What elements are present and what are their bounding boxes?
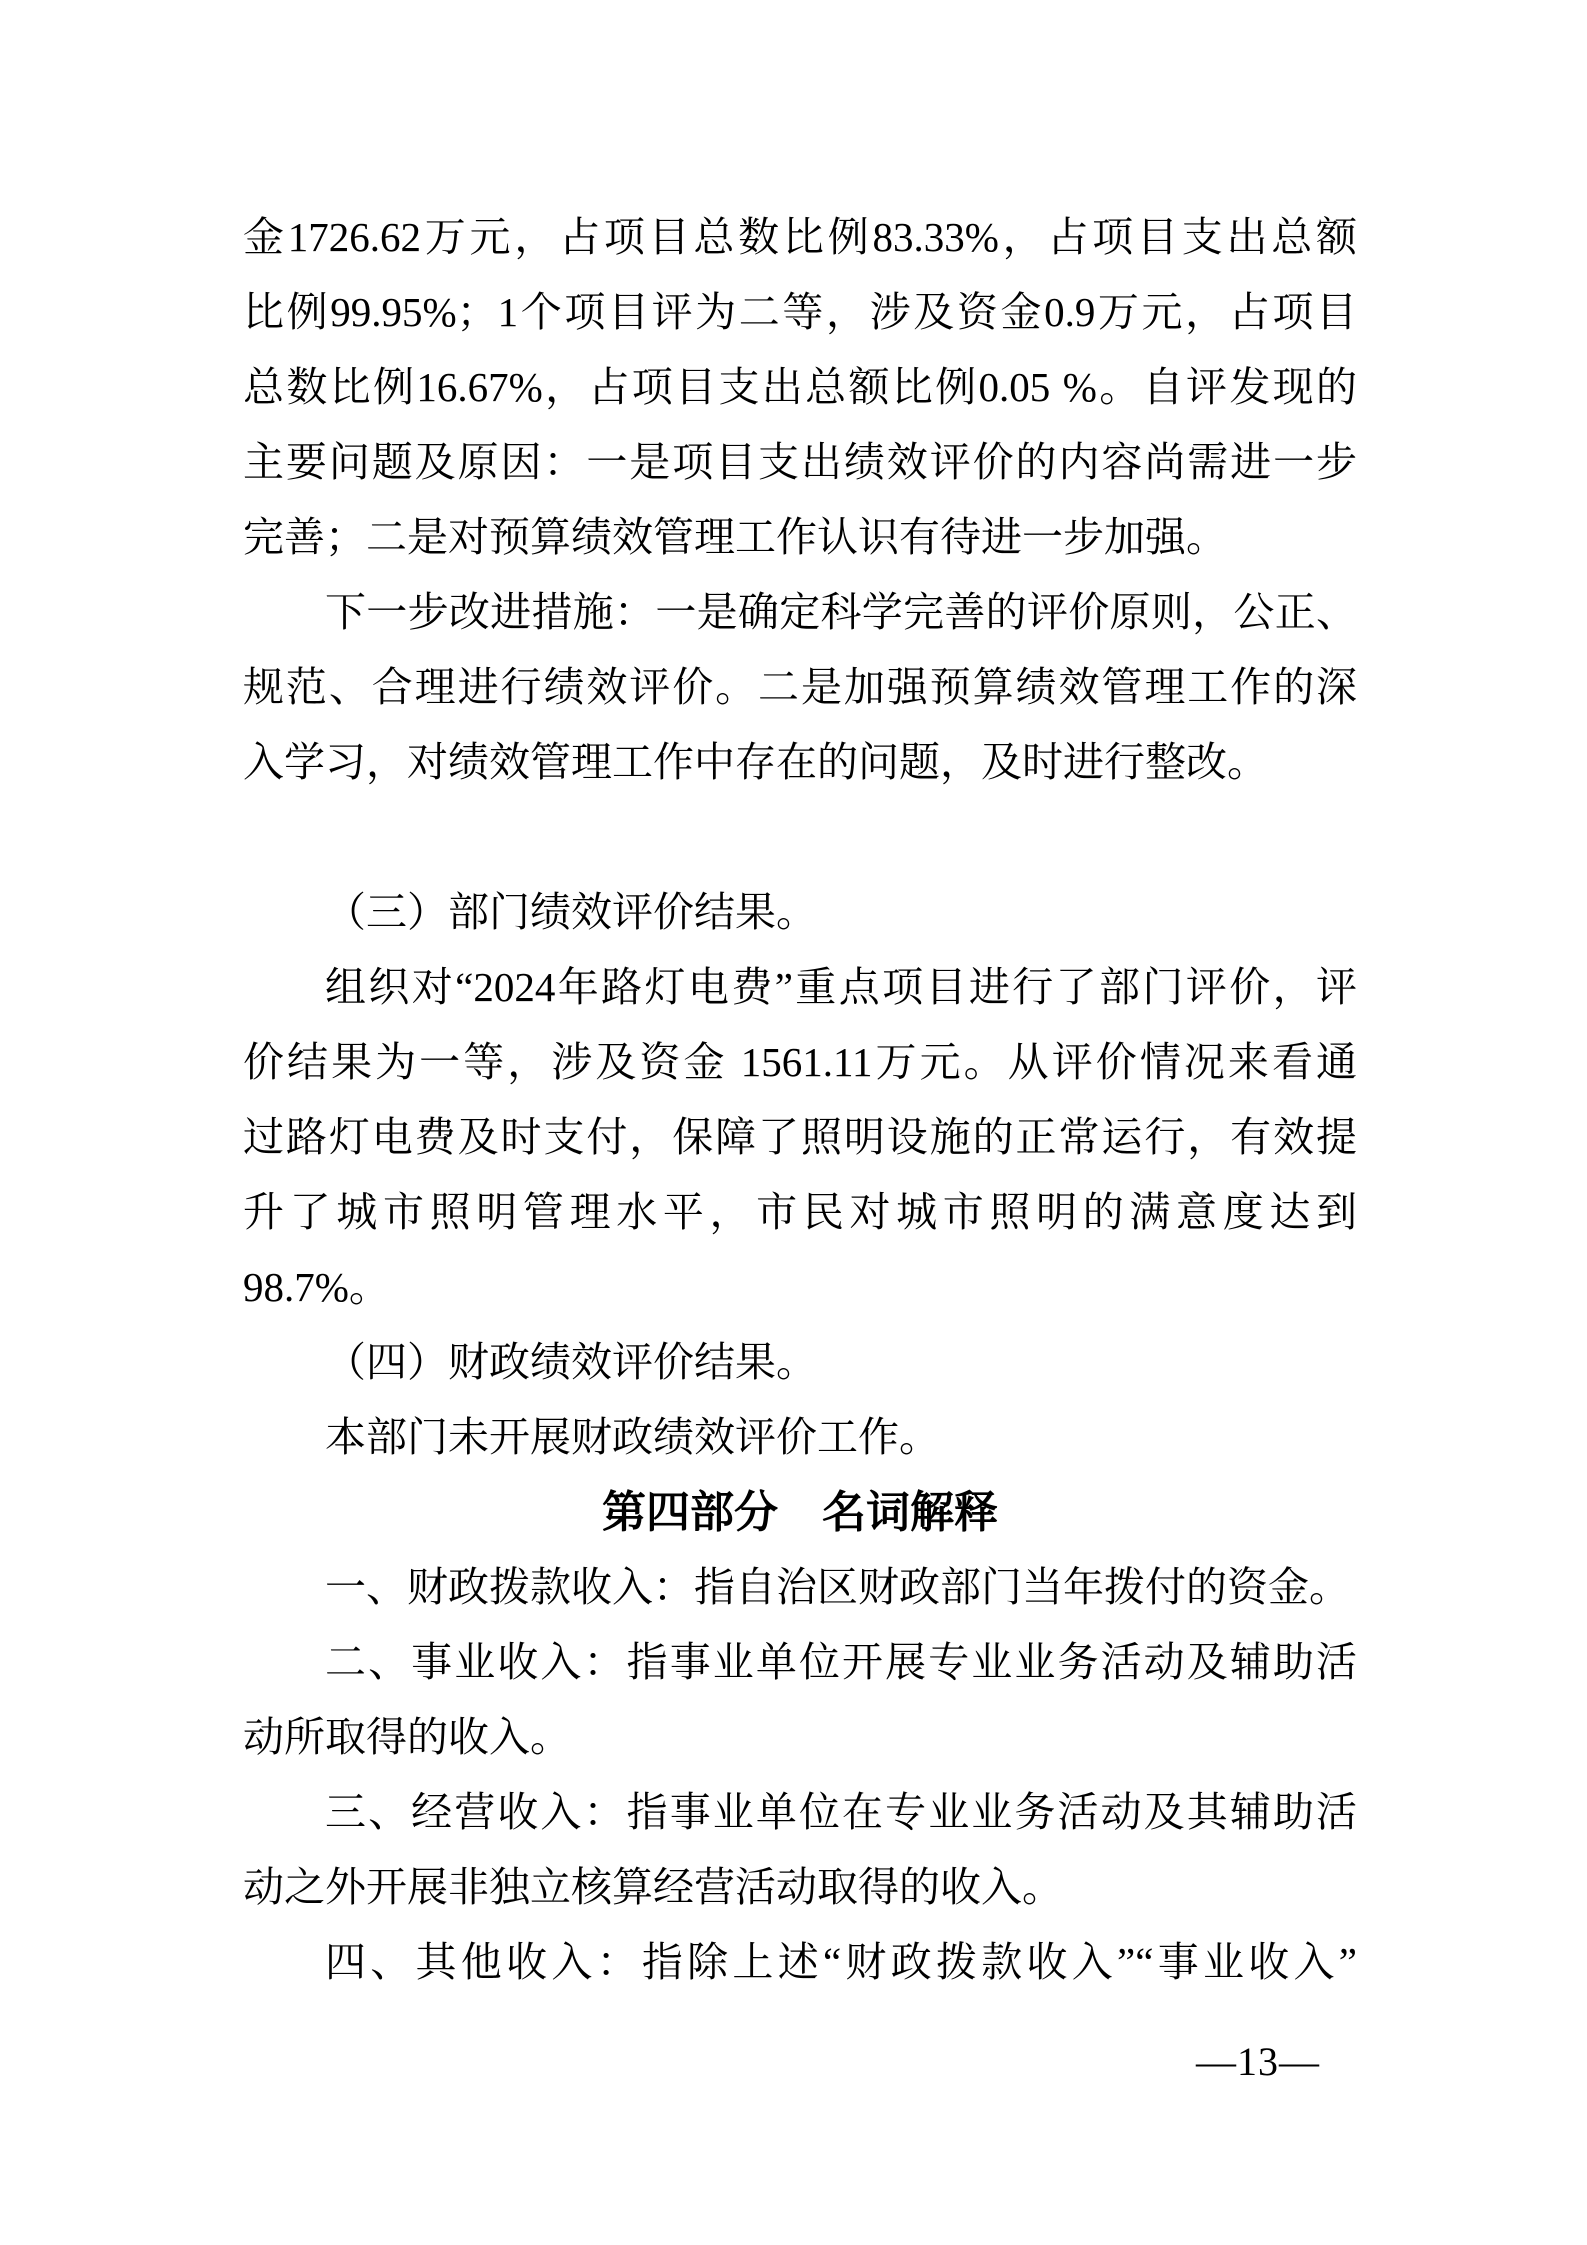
text-line: 比例99.95%；1个项目评为二等，涉及资金0.9万元，占项目	[243, 275, 1357, 350]
text-line: 98.7%。	[243, 1250, 1357, 1325]
text-line: 本部门未开展财政绩效评价工作。	[243, 1400, 1357, 1475]
text-line: 规范、合理进行绩效评价。二是加强预算绩效管理工作的深	[243, 650, 1357, 725]
text-line: 入学习，对绩效管理工作中存在的问题，及时进行整改。	[243, 725, 1357, 800]
document-page: 金1726.62万元，占项目总数比例83.33%，占项目支出总额 比例99.95…	[0, 0, 1587, 2245]
document-text-block: 金1726.62万元，占项目总数比例83.33%，占项目支出总额 比例99.95…	[243, 200, 1357, 2000]
text-line: 金1726.62万元，占项目总数比例83.33%，占项目支出总额	[243, 200, 1357, 275]
text-line: 主要问题及原因：一是项目支出绩效评价的内容尚需进一步	[243, 425, 1357, 500]
text-line: 过路灯电费及时支付，保障了照明设施的正常运行，有效提	[243, 1100, 1357, 1175]
text-line: 价结果为一等，涉及资金 1561.11万元。从评价情况来看通	[243, 1025, 1357, 1100]
text-line: 二、事业收入：指事业单位开展专业业务活动及辅助活	[243, 1625, 1357, 1700]
blank-line	[243, 800, 1357, 875]
page-number: —13—	[1196, 2038, 1320, 2086]
section-title: 第四部分 名词解释	[243, 1475, 1357, 1550]
text-line: 总数比例16.67%，占项目支出总额比例0.05 %。自评发现的	[243, 350, 1357, 425]
subsection-heading-three: （三）部门绩效评价结果。	[243, 875, 1357, 950]
subsection-heading-four: （四）财政绩效评价结果。	[243, 1325, 1357, 1400]
text-line: 一、财政拨款收入：指自治区财政部门当年拨付的资金。	[243, 1550, 1357, 1625]
text-line: 四、其他收入：指除上述“财政拨款收入”“事业收入”	[243, 1925, 1357, 2000]
text-line: 组织对“2024年路灯电费”重点项目进行了部门评价，评	[243, 950, 1357, 1025]
text-line: 三、经营收入：指事业单位在专业业务活动及其辅助活	[243, 1775, 1357, 1850]
text-line: 动所取得的收入。	[243, 1700, 1357, 1775]
text-line: 动之外开展非独立核算经营活动取得的收入。	[243, 1850, 1357, 1925]
text-line: 升了城市照明管理水平，市民对城市照明的满意度达到	[243, 1175, 1357, 1250]
text-line: 完善；二是对预算绩效管理工作认识有待进一步加强。	[243, 500, 1357, 575]
text-line: 下一步改进措施：一是确定科学完善的评价原则，公正、	[243, 575, 1357, 650]
